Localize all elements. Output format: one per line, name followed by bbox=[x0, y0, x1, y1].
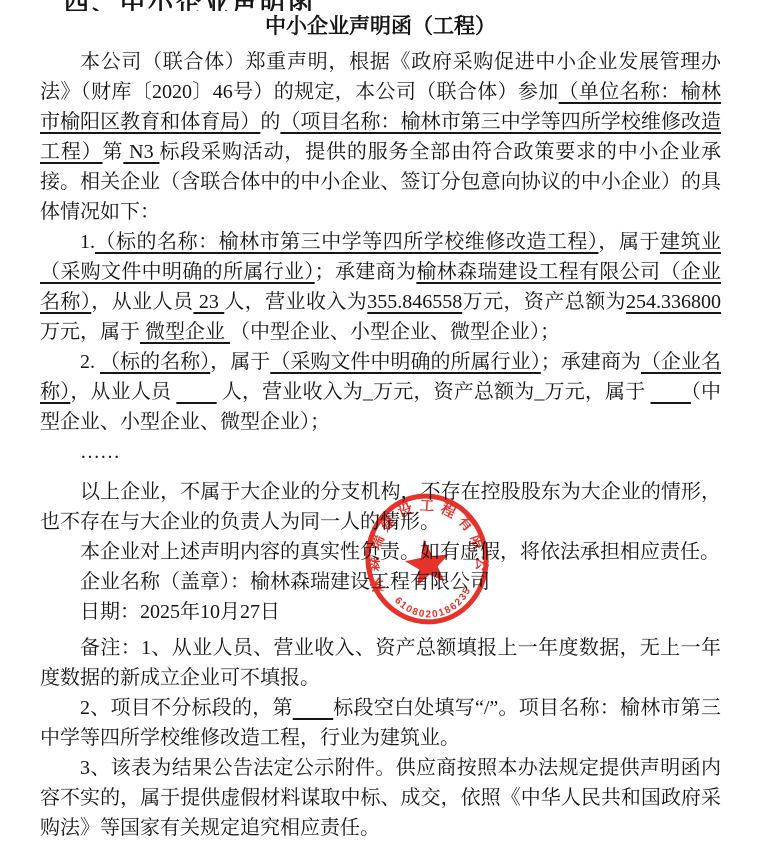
underlined-fill-in bbox=[176, 381, 216, 403]
text-run: 人，营业收入为_万元，资产总额为_万元，属于 bbox=[217, 381, 651, 403]
no-large-enterprise-clause: 以上企业，不属于大企业的分支机构，不存在控股股东为大企业的情形，也不存在与大企业… bbox=[40, 477, 721, 537]
page: 四、中小企业声明函 中小企业声明函（工程） 本公司（联合体）郑重声明，根据《政府… bbox=[0, 0, 761, 851]
text-run: 人，营业收入为 bbox=[224, 291, 367, 313]
text-run: 1. bbox=[80, 231, 95, 253]
item-1: 1.（标的名称：榆林市第三中学等四所学校维修改造工程），属于建筑业（采购文件中明… bbox=[40, 227, 721, 347]
ellipsis-line: …… bbox=[40, 437, 721, 467]
underlined-fill-in: N3 bbox=[123, 141, 159, 163]
underlined-fill-in: 254.336800 bbox=[626, 291, 721, 313]
underlined-fill-in bbox=[651, 381, 691, 403]
note-1: 备注：1、从业人员、营业收入、资产总额填报上一年度数据，无上一年度数据的新成立企… bbox=[40, 633, 721, 693]
underlined-fill-in: 355.846558 bbox=[367, 291, 462, 313]
text-run: ；承建商为 bbox=[315, 261, 417, 283]
text-run: 日期：2025年10月27日 bbox=[80, 601, 280, 623]
text-run: ，从业人员 bbox=[91, 291, 193, 313]
text-run: 3、该表为结果公告法定公示附件。供应商按照本办法规定提供声明函内容不实的，属于提… bbox=[40, 757, 721, 839]
underlined-fill-in: （标的名称：榆林市第三中学等四所学校维修改造工程） bbox=[95, 231, 598, 253]
text-run: 万元，资产总额为 bbox=[462, 291, 626, 313]
text-run: 2. bbox=[80, 351, 100, 373]
underlined-fill-in: 23 bbox=[193, 291, 224, 313]
note-2: 2、项目不分标段的，第 标段空白处填写“/”。项目名称：榆林市第三中学等四所学校… bbox=[40, 693, 721, 753]
responsibility-clause: 本企业对上述声明内容的真实性负责。如有虚假，将依法承担相应责任。 bbox=[40, 537, 721, 567]
text-run: ；承建商为 bbox=[541, 351, 641, 373]
note-3: 3、该表为结果公告法定公示附件。供应商按照本办法规定提供声明函内容不实的，属于提… bbox=[40, 753, 721, 843]
text-run: …… bbox=[80, 441, 120, 463]
document-title: 中小企业声明函（工程） bbox=[40, 11, 721, 41]
text-run: 的 bbox=[260, 111, 280, 133]
text-run: （中型企业、小型企业、微型企业）； bbox=[230, 321, 560, 343]
underlined-fill-in: （标的名称） bbox=[100, 351, 210, 373]
text-run: 备注：1、从业人员、营业收入、资产总额填报上一年度数据，无上一年度数据的新成立企… bbox=[40, 637, 721, 689]
item-2: 2. （标的名称），属于（采购文件中明确的所属行业）；承建商为（企业名称），从业… bbox=[40, 347, 721, 437]
document-content: 四、中小企业声明函 中小企业声明函（工程） 本公司（联合体）郑重声明，根据《政府… bbox=[40, 0, 721, 843]
text-run: 万元，属于 bbox=[40, 321, 140, 343]
top-heading-text: 四、中小企业声明函 bbox=[64, 0, 721, 11]
text-run: ，属于 bbox=[598, 231, 660, 253]
underlined-fill-in: 微型企业 bbox=[140, 321, 230, 343]
text-run: ，属于 bbox=[210, 351, 270, 373]
text-run: 第 bbox=[103, 141, 124, 163]
underlined-fill-in: （采购文件中明确的所属行业） bbox=[270, 351, 540, 373]
underlined-fill-in bbox=[293, 697, 334, 719]
top-clipped-heading: 四、中小企业声明函 bbox=[40, 0, 721, 11]
text-run: 企业名称（盖章）：榆林森瑞建设工程有限公司 bbox=[80, 571, 490, 593]
declaration-intro: 本公司（联合体）郑重声明，根据《政府采购促进中小企业发展管理办法》（财库〔202… bbox=[40, 47, 721, 227]
text-run: ，从业人员 bbox=[70, 381, 176, 403]
text-run: 以上企业，不属于大企业的分支机构，不存在控股股东为大企业的情形，也不存在与大企业… bbox=[40, 481, 721, 533]
company-name-line: 企业名称（盖章）：榆林森瑞建设工程有限公司 bbox=[40, 567, 721, 597]
document-body: 本公司（联合体）郑重声明，根据《政府采购促进中小企业发展管理办法》（财库〔202… bbox=[40, 47, 721, 843]
date-line: 日期：2025年10月27日 bbox=[40, 597, 721, 627]
text-run: 2、项目不分标段的，第 bbox=[80, 697, 293, 719]
text-run: 本企业对上述声明内容的真实性负责。如有虚假，将依法承担相应责任。 bbox=[80, 541, 720, 563]
